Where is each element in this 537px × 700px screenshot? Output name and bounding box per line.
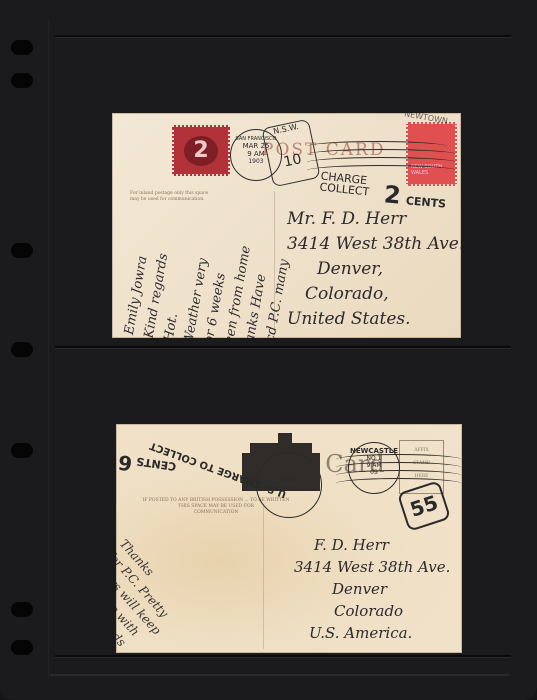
postcard-top[interactable]: POST CARD For inland postage only this s… <box>112 113 461 338</box>
binder-hole <box>11 40 33 55</box>
nsw-boxed-cancel: N.S.W. 10 <box>261 119 320 188</box>
charge-collect-mark: CHARGE COLLECT <box>319 170 371 197</box>
binder-hole <box>11 602 33 617</box>
due-amount: 6 <box>117 450 134 476</box>
fine-print-line: may be used for communication. <box>130 197 208 203</box>
postmark-time: 9 AM <box>349 462 399 469</box>
binder-hole <box>11 443 33 458</box>
address-line: Denver, <box>287 257 461 282</box>
pocket-strip-bottom <box>55 655 511 657</box>
address-block: F. D. Herr 3414 West 38th Ave. Denver Co… <box>294 534 450 644</box>
binder-hole <box>11 640 33 655</box>
address-line: U.S. America. <box>294 622 450 644</box>
album-stock-page: POST CARD For inland postage only this s… <box>0 0 537 700</box>
postmark-date: NO 1 <box>349 455 399 462</box>
address-block: Mr. F. D. Herr 3414 West 38th Ave., Denv… <box>287 207 461 332</box>
boxed-number: 10 <box>269 148 317 173</box>
message-block: Thanks for P.C. Pretty Yours will keep t… <box>116 536 190 653</box>
postmark-year: 03 <box>349 469 399 476</box>
binder-hole <box>11 243 33 258</box>
collect-text: COLLECT <box>319 181 370 197</box>
binder-hole <box>11 342 33 357</box>
castle-turret <box>278 433 292 445</box>
newcastle-postmark: NEWCASTLE NO 1 9 AM 03 <box>348 442 400 494</box>
fine-print: For inland postage only this space may b… <box>130 191 208 203</box>
due-amount: 2 <box>383 180 402 209</box>
stamp-value: 2 <box>184 136 218 166</box>
postage-due-stamp: 2 <box>172 125 230 176</box>
binder-hole <box>11 73 33 88</box>
page-bottom-edge <box>50 674 510 676</box>
postmark-city: NEWCASTLE <box>349 447 399 455</box>
boxed-text: N.S.W. <box>262 120 309 138</box>
address-line: United States. <box>287 307 461 332</box>
address-line: Colorado <box>294 600 450 622</box>
pocket-strip-middle <box>55 346 511 348</box>
address-line: F. D. Herr <box>294 534 450 556</box>
address-line: 3414 West 38th Ave., <box>287 232 461 257</box>
address-line: 3414 West 38th Ave. <box>294 556 450 578</box>
page-margin-line <box>48 20 49 678</box>
postcard-bottom[interactable]: Post Card IF POSTED TO ANY BRITISH POSSE… <box>116 424 462 653</box>
card-divider <box>263 504 264 649</box>
address-line: Colorado, <box>287 282 461 307</box>
address-line: Mr. F. D. Herr <box>287 207 461 232</box>
pocket-strip-top <box>55 35 511 37</box>
address-line: Denver <box>294 578 450 600</box>
message-block: Emily Jowra Kind regards Hot. Weather ve… <box>120 227 296 338</box>
stamp-box-text: AFFIX <box>400 447 443 454</box>
